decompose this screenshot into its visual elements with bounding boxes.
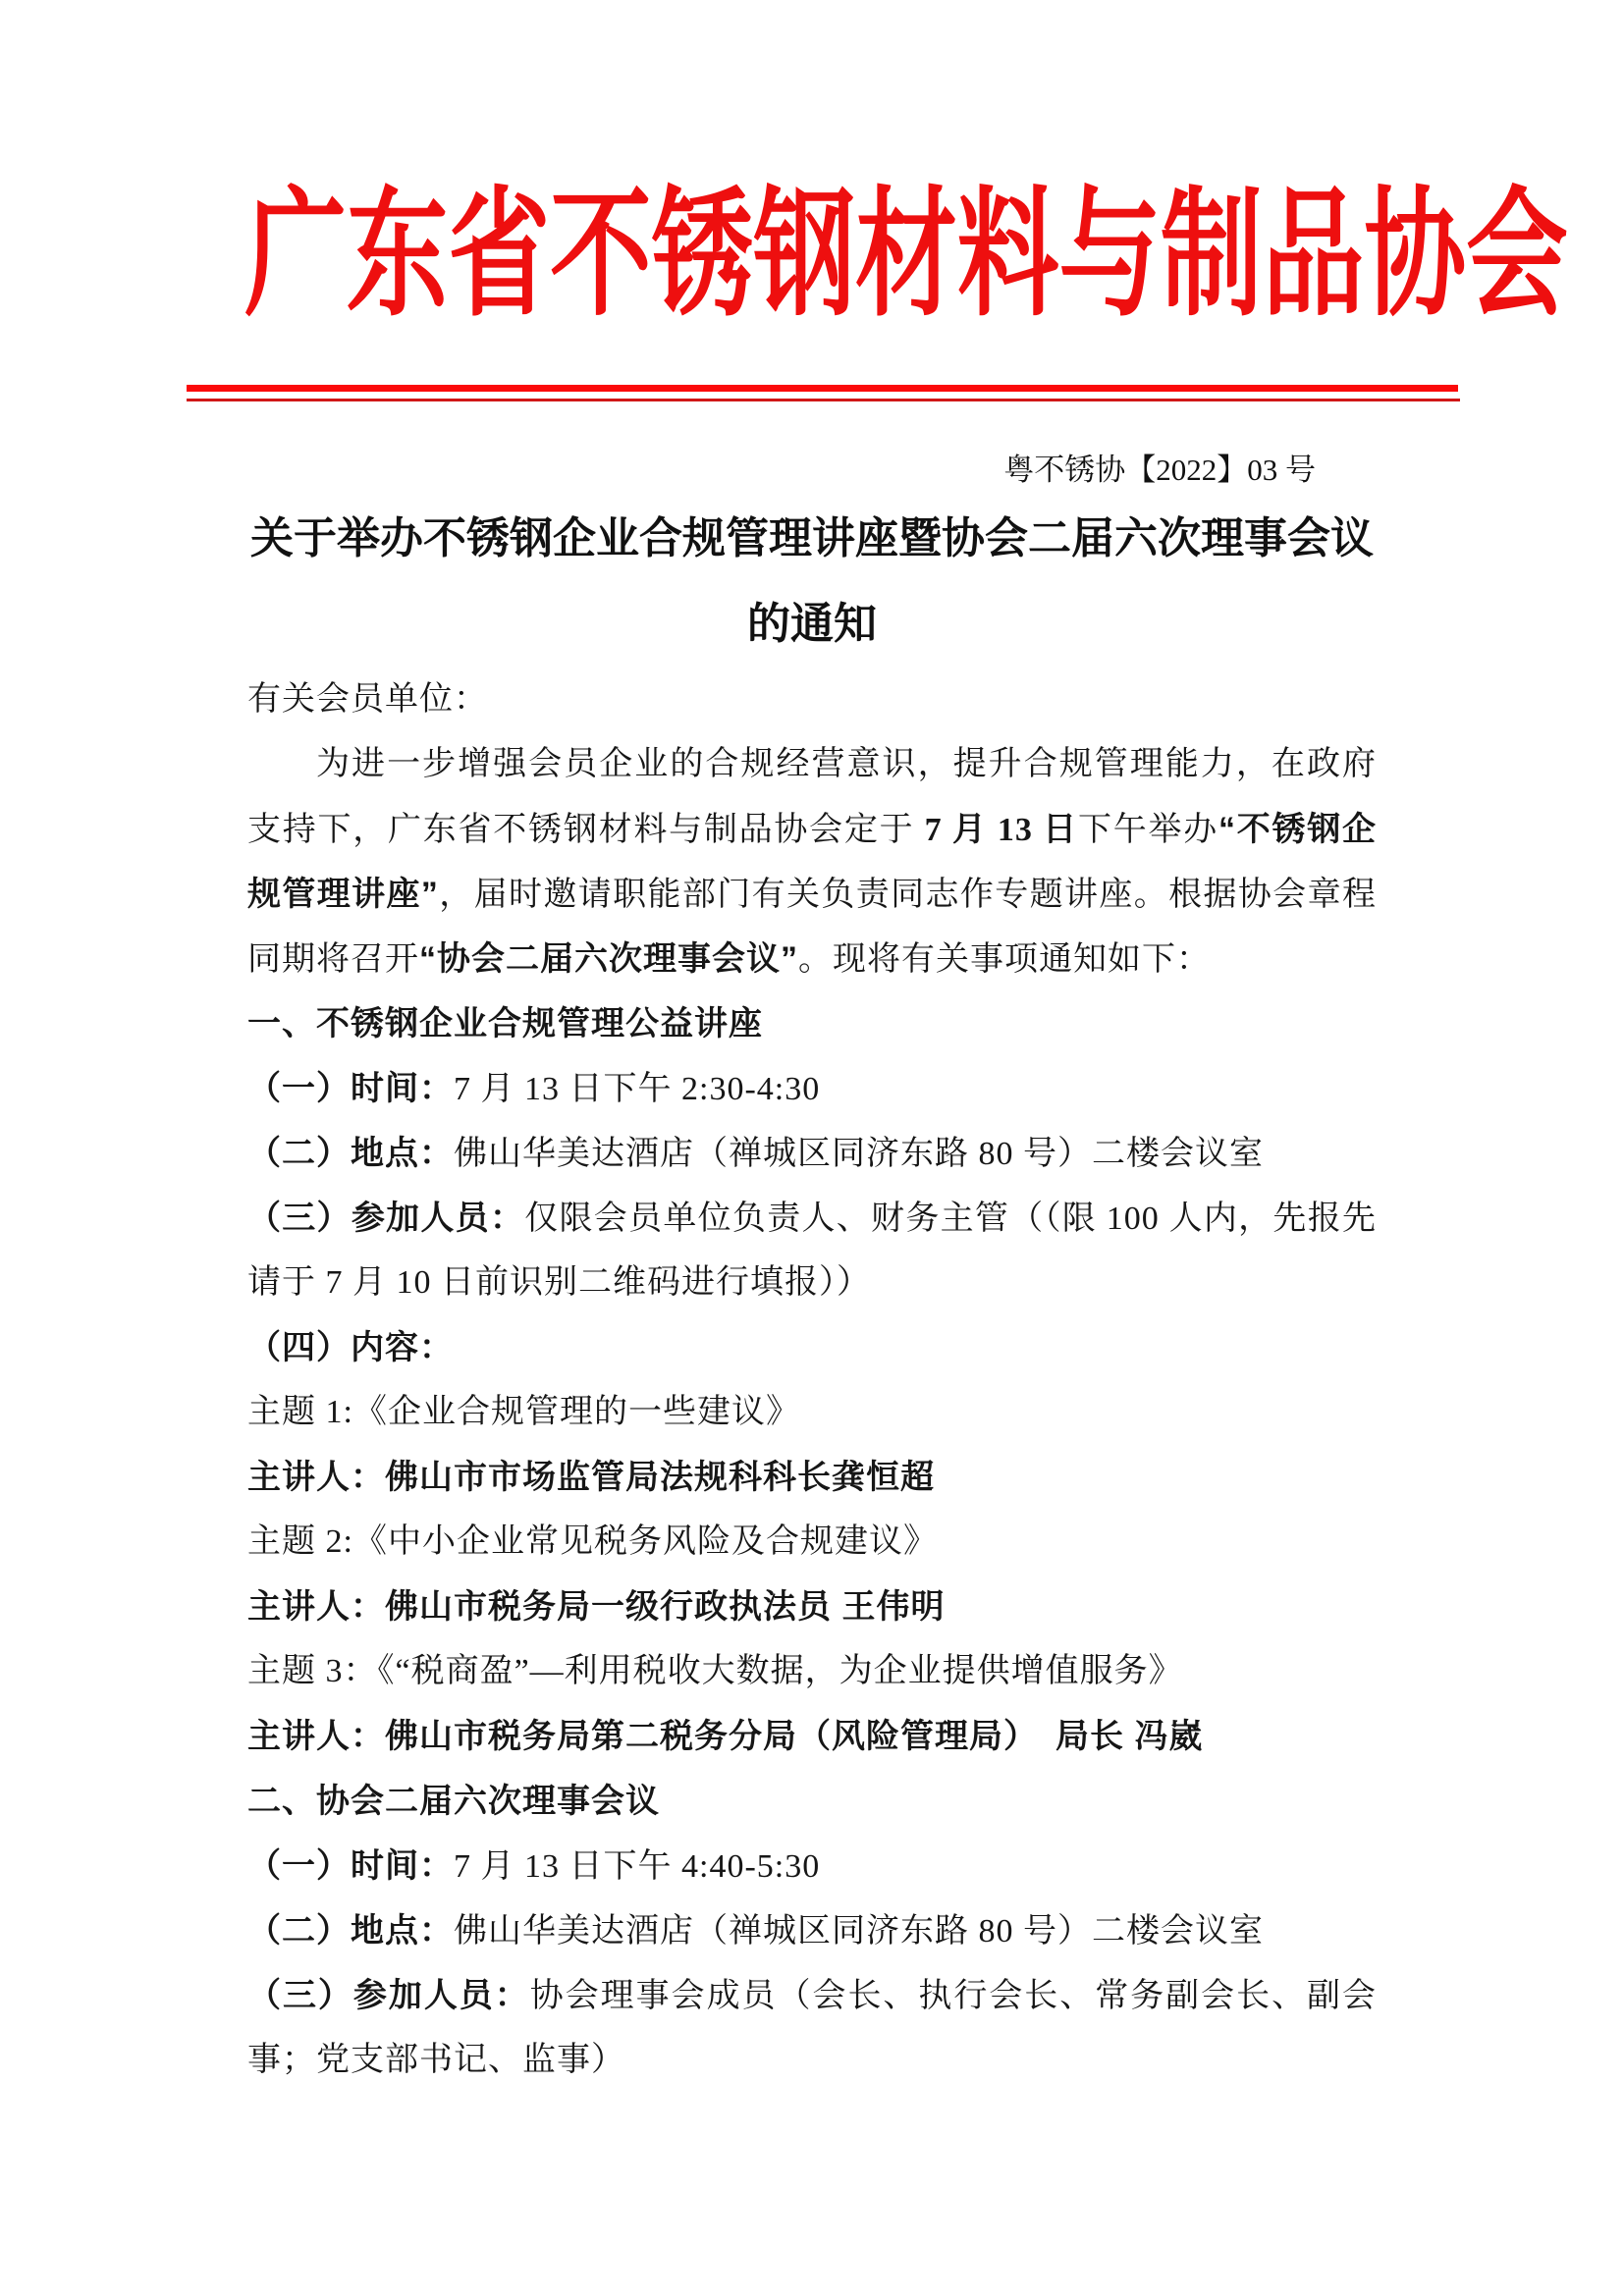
text-run: 请于 7 月 10 日前识别二维码进行填报）） bbox=[247, 1264, 871, 1301]
body-line: 规管理讲座”，届时邀请职能部门有关负责同志作专题讲座。根据协会章程规定， bbox=[247, 862, 1377, 927]
notice-title: 关于举办不锈钢企业合规管理讲座暨协会二届六次理事会议 的通知 bbox=[247, 496, 1377, 667]
text-run: 7 月 13 日下午 2:30-4:30 bbox=[454, 1071, 820, 1107]
text-run: 规管理讲座” bbox=[247, 876, 439, 913]
body-line: 同期将召开“协会二届六次理事会议”。现将有关事项通知如下： bbox=[247, 927, 1377, 991]
body-line: 主题 1:《企业合规管理的一些建议》 bbox=[247, 1380, 1377, 1445]
body-line: （三）参加人员：协会理事会成员（会长、执行会长、常务副会长、副会长、理 bbox=[247, 1963, 1377, 2028]
text-run: （三）参加人员： bbox=[247, 1977, 530, 2014]
text-run: 下午举办 bbox=[1078, 812, 1218, 848]
text-run: 二、协会二届六次理事会议 bbox=[247, 1783, 660, 1820]
text-run: 同期将召开 bbox=[247, 941, 419, 978]
body-line: （二）地点：佛山华美达酒店（禅城区同济东路 80 号）二楼会议室 bbox=[247, 1121, 1377, 1186]
text-run: 。现将有关事项通知如下： bbox=[798, 941, 1211, 978]
body-line: 有关会员单位： bbox=[247, 667, 1377, 732]
text-run: （一）时间： bbox=[247, 1070, 454, 1107]
body-line: （二）地点：佛山华美达酒店（禅城区同济东路 80 号）二楼会议室 bbox=[247, 1898, 1377, 1963]
text-run: “协会二届六次理事会议” bbox=[419, 940, 798, 978]
document-page: 广东省不锈钢材料与制品协会 粤不锈协【2022】03 号 关于举办不锈钢企业合规… bbox=[0, 0, 1624, 2296]
doc-number: 粤不锈协【2022】03 号 bbox=[247, 450, 1316, 491]
text-run: 一、不锈钢企业合规管理公益讲座 bbox=[247, 1005, 763, 1042]
text-run: （二）地点： bbox=[247, 1912, 454, 1949]
text-run: 主题 2:《中小企业常见税务风险及合规建议》 bbox=[247, 1523, 938, 1560]
text-run: 主题 3：《“税商盈”—利用税收大数据，为企业提供增值服务》 bbox=[247, 1653, 1183, 1689]
text-run: 支持下，广东省不锈钢材料与制品协会定于 bbox=[247, 812, 925, 848]
body-line: （一）时间：7 月 13 日下午 4:40-5:30 bbox=[247, 1834, 1377, 1898]
body-line: 主讲人：佛山市税务局第二税务分局（风险管理局） 局长 冯崴 bbox=[247, 1704, 1377, 1769]
letterhead-rule-thick bbox=[187, 385, 1458, 392]
body-line: 主讲人：佛山市市场监管局法规科科长龚恒超 bbox=[247, 1445, 1377, 1510]
text-run: 佛山华美达酒店（禅城区同济东路 80 号）二楼会议室 bbox=[454, 1913, 1264, 1949]
text-run: 佛山华美达酒店（禅城区同济东路 80 号）二楼会议室 bbox=[454, 1136, 1264, 1172]
text-run: 7 月 13 日 bbox=[925, 812, 1078, 848]
body-line: （四）内容： bbox=[247, 1315, 1377, 1380]
body-line: 一、不锈钢企业合规管理公益讲座 bbox=[247, 991, 1377, 1056]
text-run: （二）地点： bbox=[247, 1135, 454, 1172]
body-line: 主讲人：佛山市税务局一级行政执法员 王伟明 bbox=[247, 1575, 1377, 1639]
text-run: （一）时间： bbox=[247, 1847, 454, 1885]
body-line: （一）时间：7 月 13 日下午 2:30-4:30 bbox=[247, 1056, 1377, 1121]
body-line: 主题 3：《“税商盈”—利用税收大数据，为企业提供增值服务》 bbox=[247, 1639, 1377, 1704]
body-line: （三）参加人员：仅限会员单位负责人、财务主管（（限 100 人内，先报先得。 bbox=[247, 1186, 1377, 1251]
text-run: 事；党支部书记、监事） bbox=[247, 2042, 625, 2078]
letterhead: 广东省不锈钢材料与制品协会 bbox=[0, 183, 1624, 371]
text-run: 主讲人：佛山市税务局第二税务分局（风险管理局） 局长 冯崴 bbox=[247, 1718, 1203, 1755]
text-run: 主讲人：佛山市税务局一级行政执法员 王伟明 bbox=[247, 1588, 945, 1626]
body-line: 事；党支部书记、监事） bbox=[247, 2028, 1377, 2093]
text-run: 7 月 13 日下午 4:40-5:30 bbox=[454, 1848, 820, 1885]
body-line: 二、协会二届六次理事会议 bbox=[247, 1769, 1377, 1834]
letterhead-rule-thin bbox=[187, 399, 1460, 401]
body-line: 为进一步增强会员企业的合规经营意识，提升合规管理能力，在政府的关心 bbox=[247, 732, 1377, 797]
text-run: 有关会员单位： bbox=[247, 681, 488, 718]
document-body: 有关会员单位：为进一步增强会员企业的合规经营意识，提升合规管理能力，在政府的关心… bbox=[247, 667, 1377, 2093]
org-title: 广东省不锈钢材料与制品协会 bbox=[244, 183, 1568, 328]
body-line: 支持下，广东省不锈钢材料与制品协会定于 7 月 13 日下午举办“不锈钢企业合 bbox=[247, 797, 1377, 862]
body-line: 请于 7 月 10 日前识别二维码进行填报）） bbox=[247, 1251, 1377, 1315]
notice-title-line-1: 关于举办不锈钢企业合规管理讲座暨协会二届六次理事会议 bbox=[247, 496, 1377, 581]
body-line: 主题 2:《中小企业常见税务风险及合规建议》 bbox=[247, 1510, 1377, 1575]
notice-title-line-2: 的通知 bbox=[247, 581, 1377, 667]
text-run: 主题 1:《企业合规管理的一些建议》 bbox=[247, 1394, 800, 1430]
text-run: （四）内容： bbox=[247, 1329, 454, 1366]
text-run: （三）参加人员： bbox=[247, 1200, 524, 1237]
text-run: 为进一步增强会员企业的合规经营意识，提升合规管理能力，在政府的关心 bbox=[247, 746, 1377, 797]
text-run: 主讲人：佛山市市场监管局法规科科长龚恒超 bbox=[247, 1459, 935, 1496]
